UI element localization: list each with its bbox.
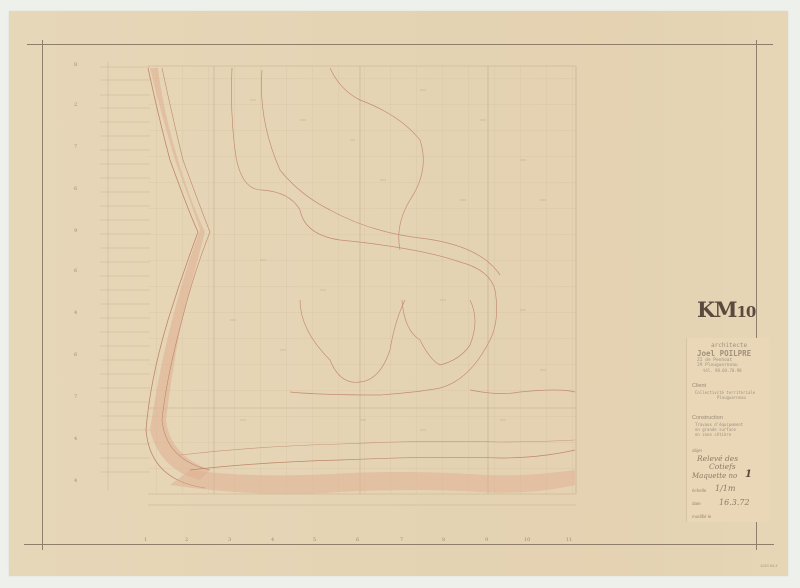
object-title-2: Cotiefs [709,462,736,471]
architect-role: architecte [711,342,747,349]
scale-label: échelle [692,488,706,493]
scale-value: 1/1m [715,484,735,493]
row-label: 7 [74,144,77,150]
object-label: objet [692,448,702,453]
date-label: date [692,501,701,506]
row-label: 2 [74,102,77,108]
row-label: 6 [74,268,77,274]
maquette-label: Maquette no [692,472,737,480]
column-label: 5 [313,537,316,543]
row-label: 7 [74,394,77,400]
archive-number: 1193.64.4 [760,563,778,568]
column-label: 2 [185,537,188,543]
column-label: 6 [356,537,359,543]
column-label: 4 [271,537,274,543]
modified-label: modifié le [692,514,711,519]
architect-name: Joel POILPRE [697,349,751,358]
column-label: 10 [524,537,530,543]
construction-line-3: en zone côtière [695,432,731,437]
row-label: 4 [74,310,77,316]
column-label: 9 [485,537,488,543]
column-label: 11 [566,537,572,543]
column-label: 8 [442,537,445,543]
row-label: 6 [74,352,77,358]
column-label: 1 [144,537,147,543]
row-label: 6 [74,186,77,192]
column-label: 3 [228,537,231,543]
survey-rows [100,67,150,472]
title-block: architecte Joel POILPRE ZI de Penhoat 29… [686,338,769,522]
column-label: 7 [400,537,403,543]
maquette-number: 1 [745,469,752,480]
date-value: 16.3.72 [719,498,750,507]
construction-label: Construction [692,415,723,421]
architect-phone: tél. 98.04.70.98 [703,368,742,373]
client-label: Client [692,383,706,389]
drawing-code: KM10 [697,297,755,322]
row-label: 8 [74,62,77,68]
row-label: 4 [74,436,77,442]
client-line-2: Plouguerneau [717,395,746,400]
row-label: 4 [74,478,77,484]
row-label: 9 [74,228,77,234]
topographic-plan [0,0,800,588]
